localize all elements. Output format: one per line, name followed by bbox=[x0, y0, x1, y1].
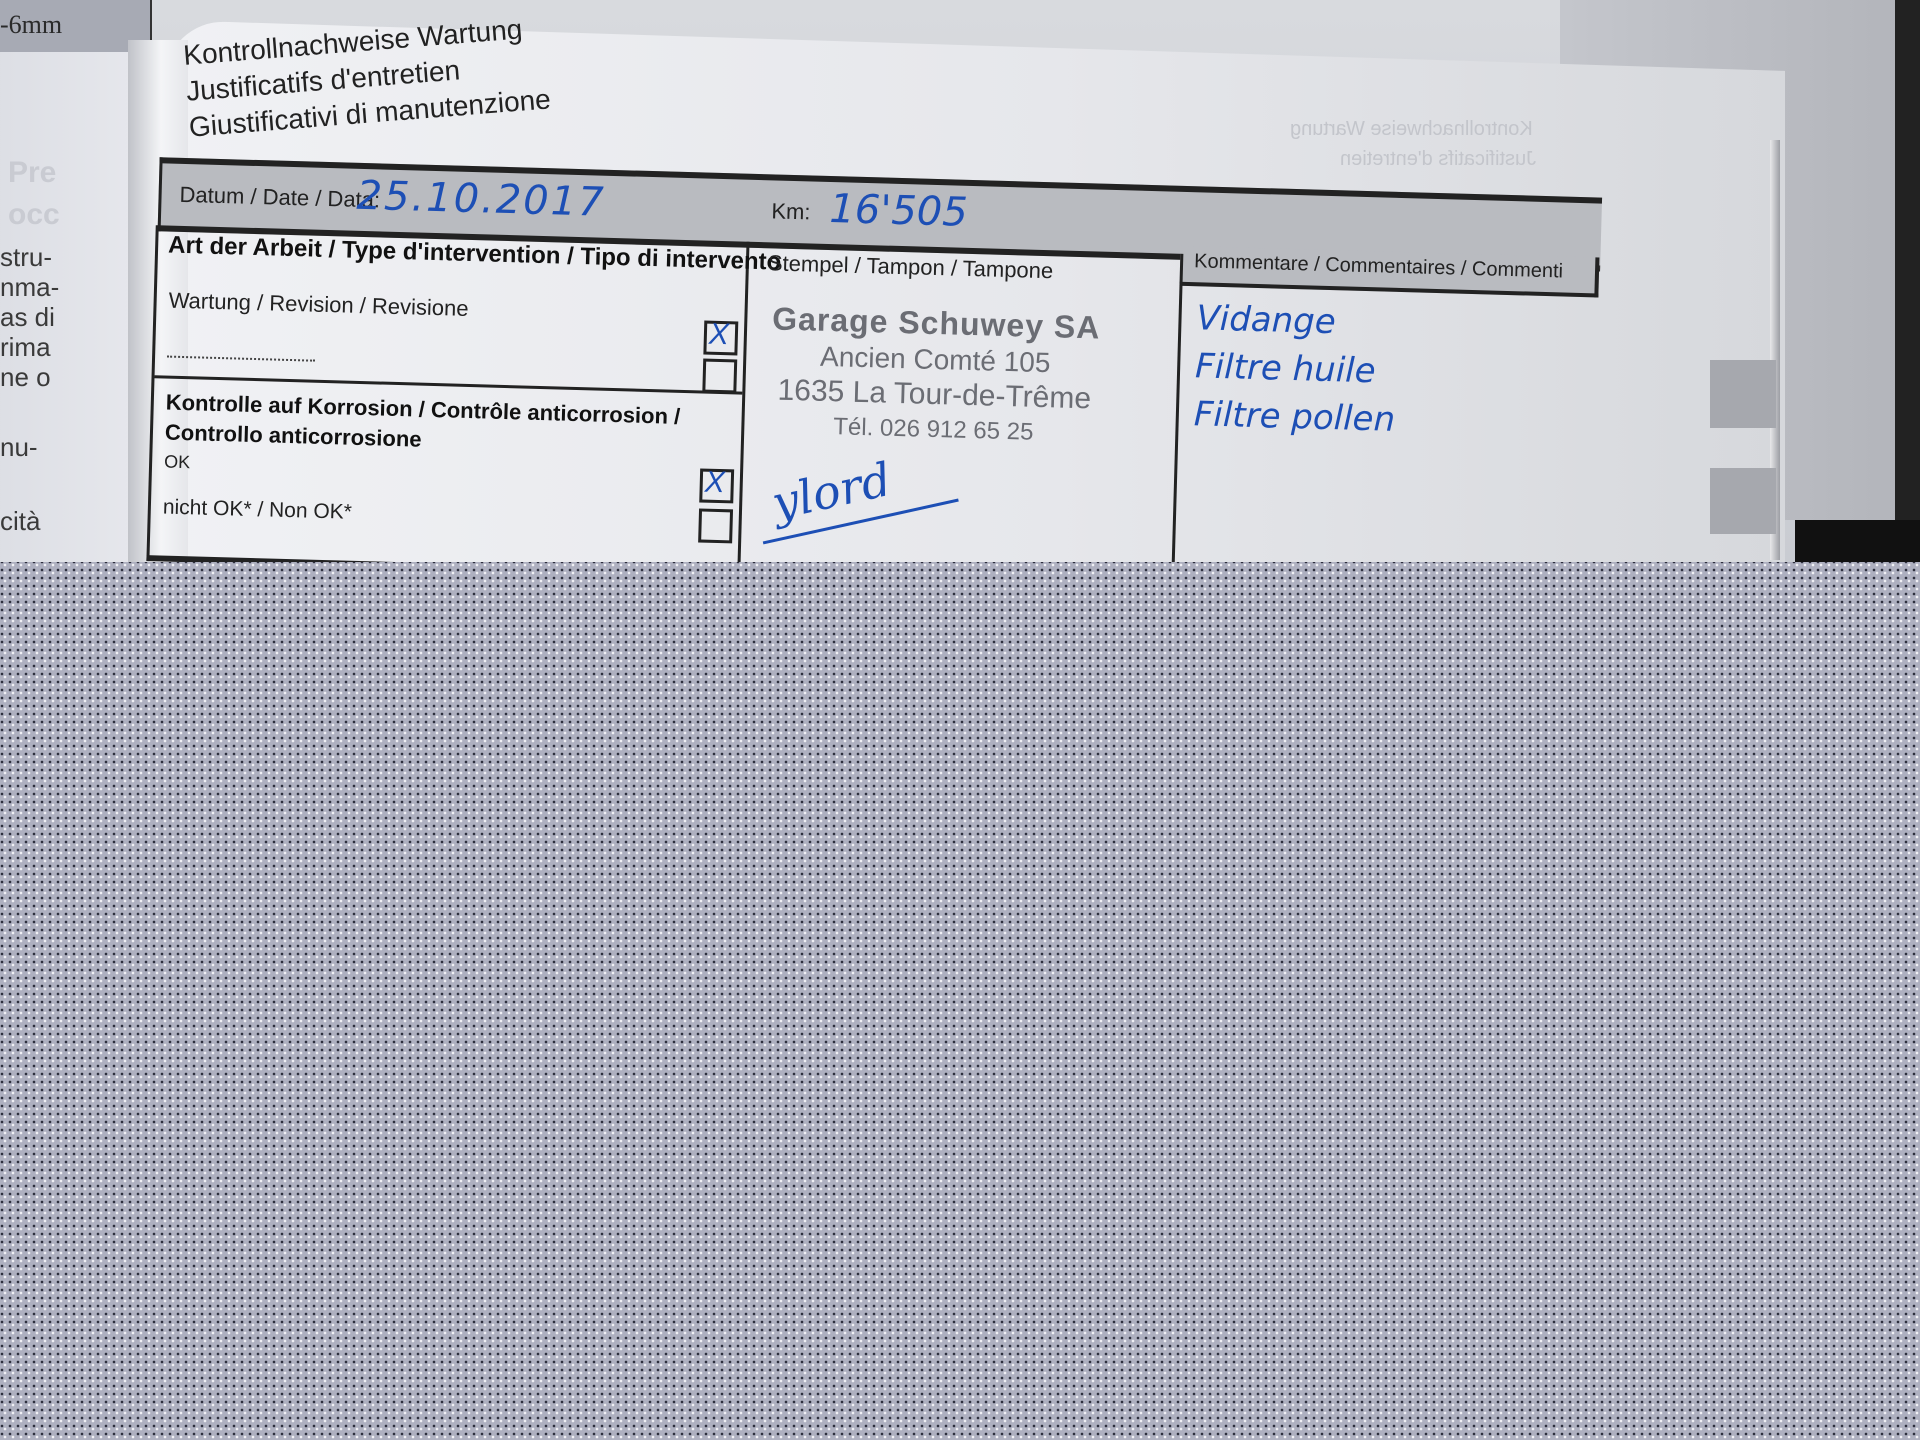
date-label: Datum / Date / Data: bbox=[179, 182, 380, 214]
date-value: 25.10.2017 bbox=[356, 173, 606, 226]
km-value: 16'505 bbox=[829, 186, 968, 236]
garage-stamp: Garage Schuwey SA Ancien Comté 105 1635 … bbox=[753, 300, 1117, 449]
document-photo: -6mm Pre occ stru- nma- as di rima ne o … bbox=[0, 0, 1920, 562]
comment-line: Filtre huile bbox=[1195, 342, 1397, 396]
ruler-label: -6mm bbox=[0, 10, 62, 40]
column-divider bbox=[737, 242, 749, 562]
check-mark: X bbox=[708, 318, 729, 353]
form-body: Kommentare / Commentaires / Commenti Art… bbox=[146, 225, 1598, 562]
dotted-line bbox=[167, 356, 315, 362]
km-label: Km: bbox=[771, 198, 811, 225]
ok-checkbox[interactable]: X bbox=[699, 468, 734, 503]
service-checkbox[interactable]: X bbox=[703, 321, 738, 356]
comment-line: Filtre pollen bbox=[1193, 390, 1395, 444]
redacted-area bbox=[0, 562, 1920, 1440]
left-page-line: nma- bbox=[0, 272, 59, 303]
show-through-text: Kontrollnachweise Wartung bbox=[1290, 118, 1533, 141]
corrosion-label: Kontrolle auf Korrosion / Contrôle antic… bbox=[165, 388, 681, 462]
left-page-ghost-text: occ bbox=[8, 198, 60, 232]
page-tab-mark bbox=[1710, 468, 1776, 534]
ok-label: OK bbox=[164, 452, 191, 474]
left-page-line: rima bbox=[0, 332, 51, 363]
left-page-line: stru- bbox=[0, 242, 52, 273]
background-dark-edge bbox=[1895, 0, 1920, 520]
stamp-header: Stempel / Tampon / Tampone bbox=[768, 250, 1054, 284]
stamp-phone: Tél. 026 912 65 25 bbox=[753, 411, 1114, 449]
left-page-line: as di bbox=[0, 302, 55, 333]
left-page-line: ne o bbox=[0, 362, 51, 393]
comments-body: Vidange Filtre huile Filtre pollen bbox=[1193, 294, 1398, 444]
left-page-ghost-text: Pre bbox=[8, 156, 56, 190]
background-dark-corner bbox=[1795, 520, 1920, 562]
column-divider bbox=[1171, 254, 1183, 562]
not-ok-label: nicht OK* / Non OK* bbox=[163, 496, 353, 525]
stamp-city: 1635 La Tour-de-Trême bbox=[754, 373, 1115, 417]
check-mark: X bbox=[704, 466, 725, 501]
service-extra-checkbox[interactable] bbox=[702, 359, 737, 394]
comments-header-label: Kommentare / Commentaires / Commenti bbox=[1194, 250, 1564, 283]
page-tab-mark bbox=[1710, 360, 1776, 428]
left-page-line: cità bbox=[0, 506, 40, 537]
left-page-line: nu- bbox=[0, 432, 38, 463]
service-label: Wartung / Revision / Revisione bbox=[168, 288, 469, 322]
comment-line: Vidange bbox=[1196, 294, 1398, 348]
show-through-text: Justificatifs d'entretien bbox=[1340, 148, 1536, 171]
not-ok-checkbox[interactable] bbox=[698, 508, 733, 543]
maintenance-form: Datum / Date / Data: 25.10.2017 Km: 16'5… bbox=[138, 145, 1599, 562]
